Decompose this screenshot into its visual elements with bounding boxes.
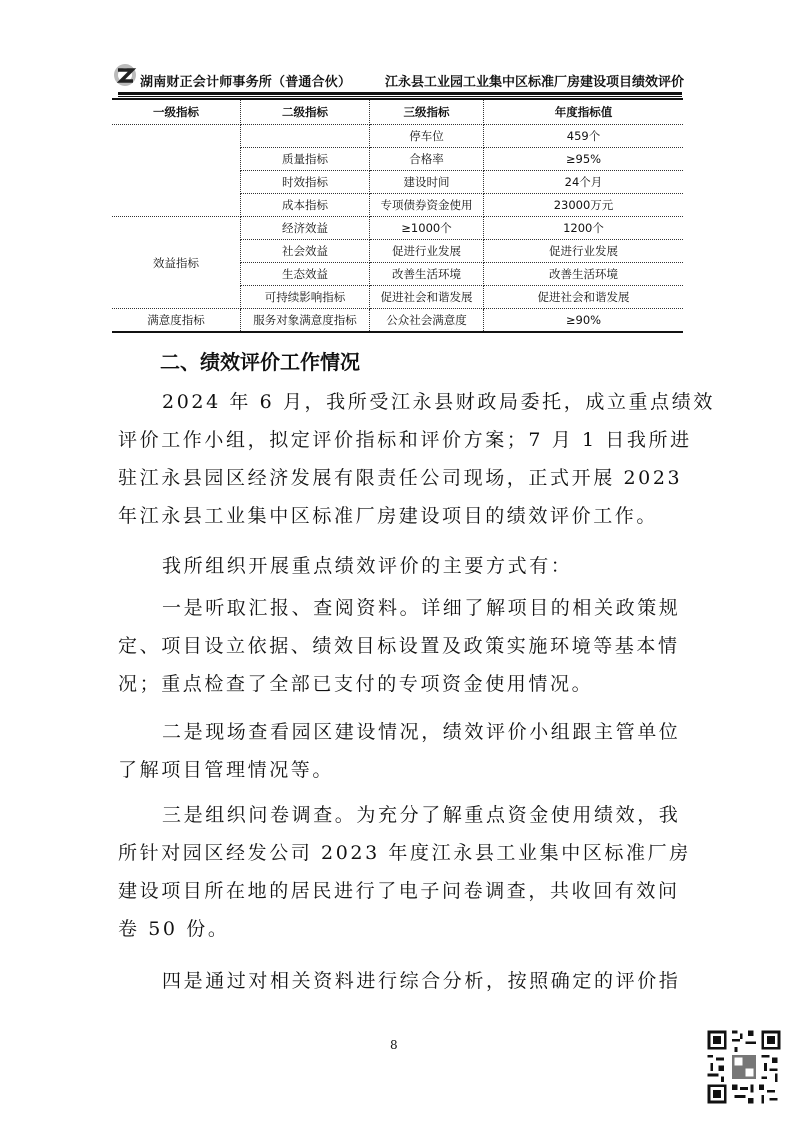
col-header: 三级指标 [370, 99, 484, 125]
col-header: 二级指标 [241, 99, 370, 125]
table-row: 效益指标 经济效益 ≥1000个 1200个 [112, 217, 683, 240]
table-cell: 改善生活环境 [370, 263, 484, 286]
table-row: 满意度指标 服务对象满意度指标 公众社会满意度 ≥90% [112, 309, 683, 333]
text-line: 二是现场查看园区建设情况，绩效评价小组跟主管单位 [118, 713, 684, 751]
text-line: 我所组织开展重点绩效评价的主要方式有： [118, 547, 684, 585]
table-cell: 24个月 [484, 171, 684, 194]
table-cell: 建设时间 [370, 171, 484, 194]
table-cell [241, 125, 370, 148]
table-cell: 促进社会和谐发展 [484, 286, 684, 309]
text-line: 2024 年 6 月，我所受江永县财政局委托，成立重点绩效 [118, 383, 684, 421]
indicator-table: 一级指标 二级指标 三级指标 年度指标值 停车位 459个 质量指标 合格率 ≥… [112, 98, 683, 333]
paragraph: 我所组织开展重点绩效评价的主要方式有： [118, 547, 684, 585]
text-line: 卷 50 份。 [118, 910, 684, 948]
table-row: 停车位 459个 [112, 125, 683, 148]
table-cell: 时效指标 [241, 171, 370, 194]
table-cell: 服务对象满意度指标 [241, 309, 370, 333]
page-header: 湖南财正会计师事务所（普通合伙） 江永县工业园工业集中区标准厂房建设项目绩效评价 [112, 62, 684, 96]
table-cell: ≥1000个 [370, 217, 484, 240]
table-cell: 生态效益 [241, 263, 370, 286]
table-cell: 促进行业发展 [484, 240, 684, 263]
table-cell: 可持续影响指标 [241, 286, 370, 309]
paragraph: 二是现场查看园区建设情况，绩效评价小组跟主管单位 了解项目管理情况等。 [118, 713, 684, 789]
header-rule [118, 92, 682, 95]
table-header-row: 一级指标 二级指标 三级指标 年度指标值 [112, 99, 683, 125]
text-line: 况；重点检查了全部已支付的专项资金使用情况。 [118, 665, 684, 703]
text-line: 一是听取汇报、查阅资料。详细了解项目的相关政策规 [118, 589, 684, 627]
col-header: 一级指标 [112, 99, 241, 125]
text-line: 四是通过对相关资料进行综合分析，按照确定的评价指 [118, 962, 684, 1000]
header-rule-thin [118, 96, 682, 97]
text-line: 了解项目管理情况等。 [118, 751, 684, 789]
table-cell: 社会效益 [241, 240, 370, 263]
paragraph: 2024 年 6 月，我所受江永县财政局委托，成立重点绩效 评价工作小组，拟定评… [118, 383, 684, 535]
text-line: 建设项目所在地的居民进行了电子问卷调查，共收回有效问 [118, 872, 684, 910]
table-cell: 促进行业发展 [370, 240, 484, 263]
col-header: 年度指标值 [484, 99, 684, 125]
firm-name: 湖南财正会计师事务所（普通合伙） [140, 71, 351, 90]
table-cell: 1200个 [484, 217, 684, 240]
text-line: 定、项目设立依据、绩效目标设置及政策实施环境等基本情 [118, 627, 684, 665]
table-cell: 成本指标 [241, 194, 370, 217]
text-line: 评价工作小组，拟定评价指标和评价方案；7 月 1 日我所进 [118, 421, 684, 459]
report-title: 江永县工业园工业集中区标准厂房建设项目绩效评价 [385, 71, 684, 90]
table-cell: 满意度指标 [112, 309, 241, 333]
table-cell: 459个 [484, 125, 684, 148]
text-line: 年江永县工业集中区标准厂房建设项目的绩效评价工作。 [118, 497, 684, 535]
page-number: 8 [390, 1038, 398, 1052]
table-cell: 经济效益 [241, 217, 370, 240]
text-line: 所针对园区经发公司 2023 年度江永县工业集中区标准厂房 [118, 834, 684, 872]
table-cell: 效益指标 [112, 217, 241, 309]
text-line: 驻江永县园区经济发展有限责任公司现场，正式开展 2023 [118, 459, 684, 497]
table-cell: 专项债券资金使用 [370, 194, 484, 217]
table-cell: 公众社会满意度 [370, 309, 484, 333]
table-cell [112, 125, 241, 217]
table-cell: 改善生活环境 [484, 263, 684, 286]
firm-logo-icon [112, 62, 138, 88]
text-line: 三是组织问卷调查。为充分了解重点资金使用绩效，我 [118, 796, 684, 834]
table-cell: ≥95% [484, 148, 684, 171]
table-cell: 23000万元 [484, 194, 684, 217]
paragraph: 三是组织问卷调查。为充分了解重点资金使用绩效，我 所针对园区经发公司 2023 … [118, 796, 684, 948]
section-heading: 二、绩效评价工作情况 [160, 346, 360, 375]
table-cell: 合格率 [370, 148, 484, 171]
table-cell: ≥90% [484, 309, 684, 333]
paragraph: 一是听取汇报、查阅资料。详细了解项目的相关政策规 定、项目设立依据、绩效目标设置… [118, 589, 684, 703]
qr-code-icon [705, 1028, 783, 1106]
paragraph: 四是通过对相关资料进行综合分析，按照确定的评价指 [118, 962, 684, 1000]
table-cell: 促进社会和谐发展 [370, 286, 484, 309]
table-cell: 停车位 [370, 125, 484, 148]
table-cell: 质量指标 [241, 148, 370, 171]
